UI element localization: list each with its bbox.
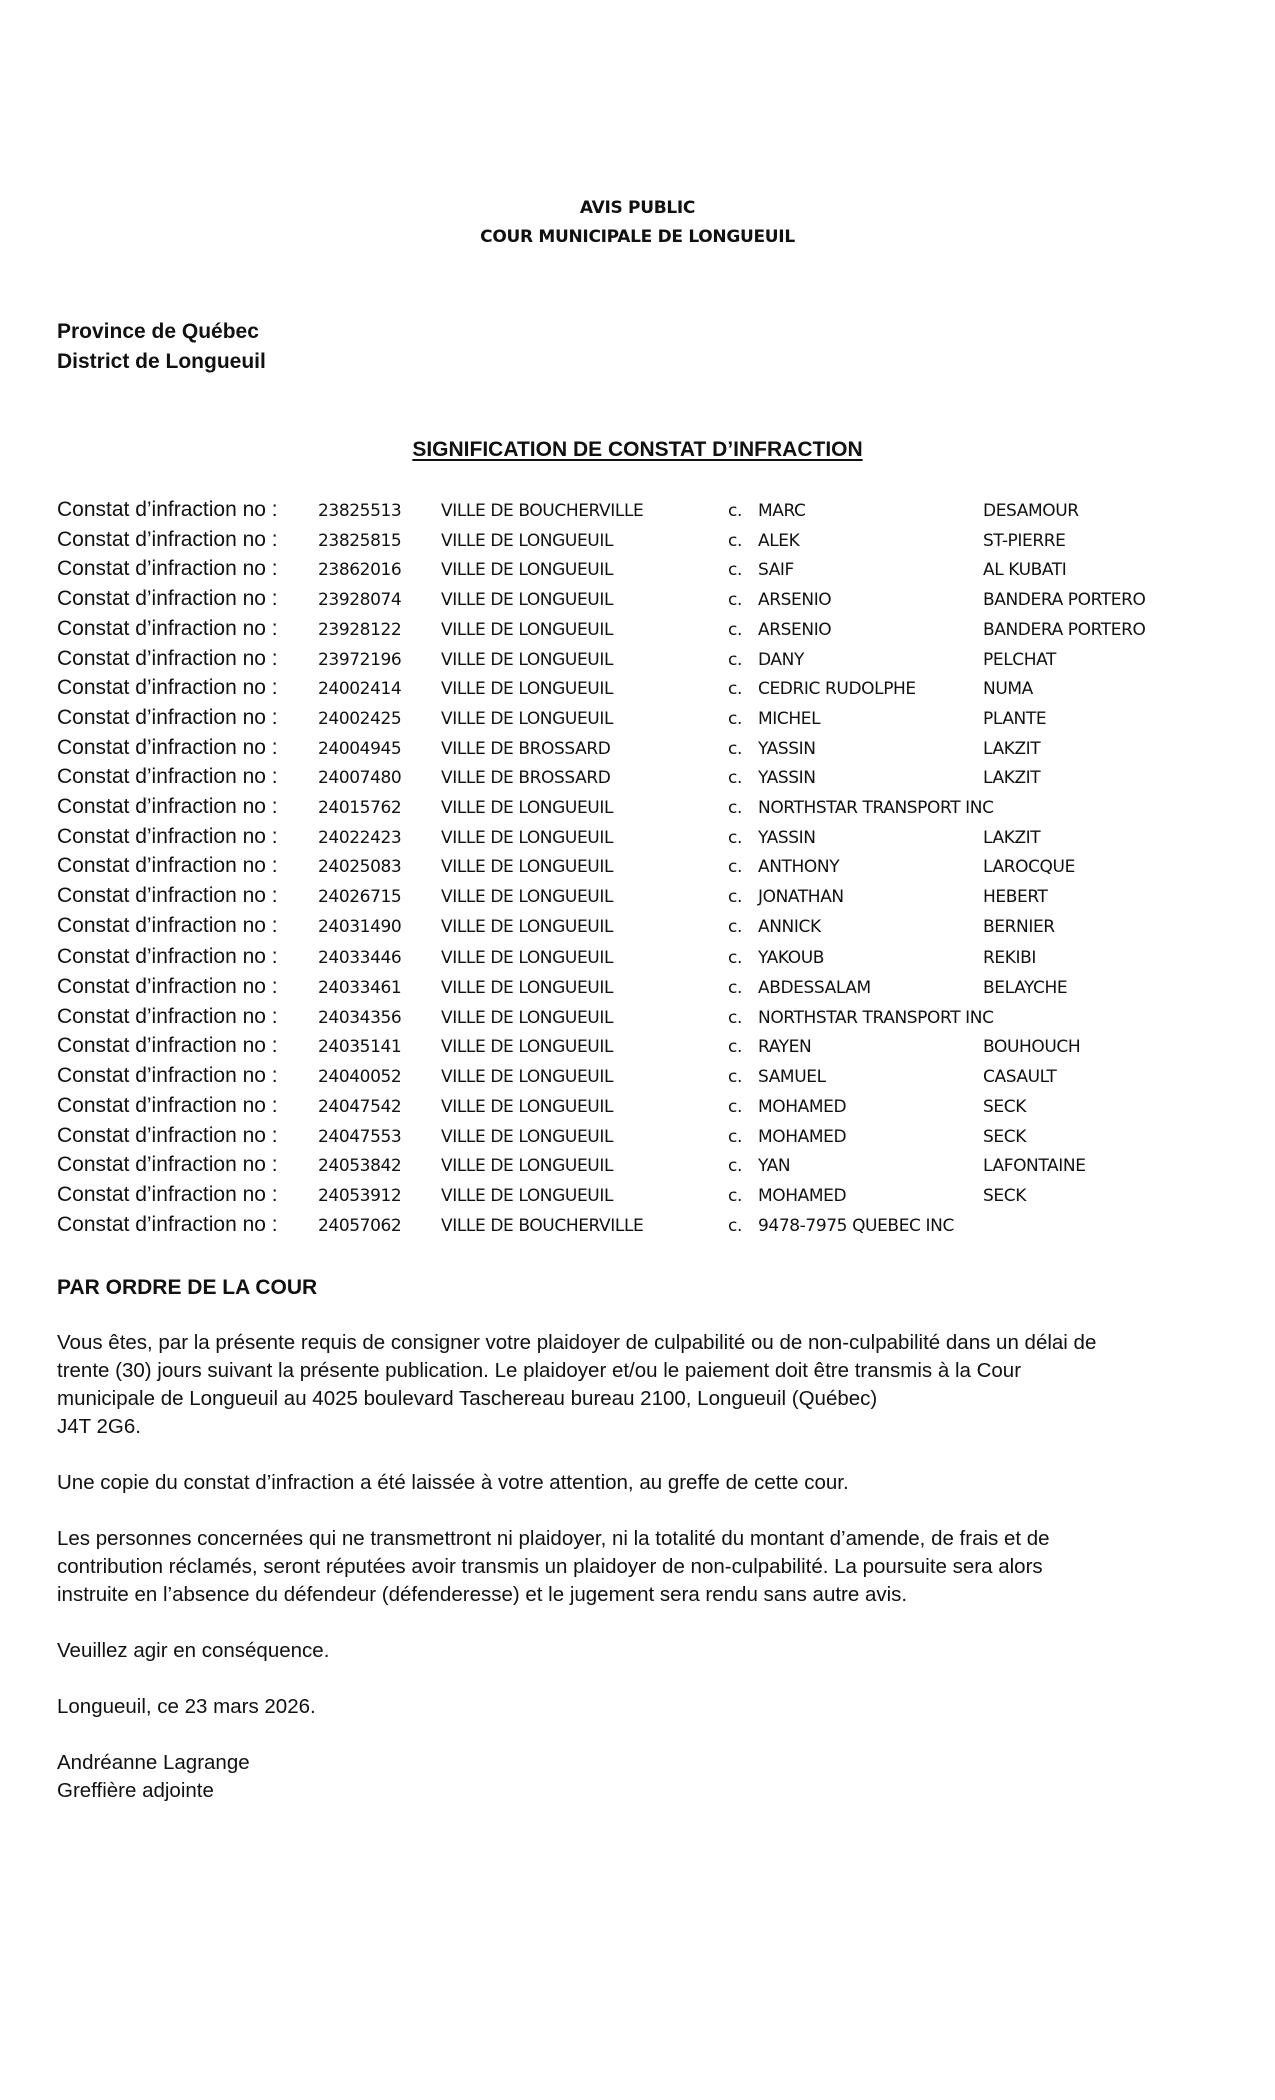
- defendant-last-name: PLANTE: [983, 709, 1046, 729]
- constat-row: Constat d’infraction no :24057062VILLE D…: [0, 1213, 1275, 1243]
- constat-label: Constat d’infraction no :: [57, 914, 278, 938]
- constat-label: Constat d’infraction no :: [57, 1153, 278, 1177]
- plaintiff-name: VILLE DE LONGUEUIL: [441, 1037, 613, 1057]
- versus-marker: c.: [728, 590, 742, 610]
- versus-marker: c.: [728, 709, 742, 729]
- constat-label: Constat d’infraction no :: [57, 617, 278, 641]
- versus-marker: c.: [728, 1216, 742, 1236]
- defendant-first-name: 9478-7975 QUEBEC INC: [758, 1216, 954, 1236]
- versus-marker: c.: [728, 501, 742, 521]
- plaintiff-name: VILLE DE LONGUEUIL: [441, 531, 613, 551]
- defendant-last-name: LAROCQUE: [983, 857, 1075, 877]
- plaintiff-name: VILLE DE LONGUEUIL: [441, 798, 613, 818]
- defendant-last-name: PELCHAT: [983, 650, 1056, 670]
- defendant-first-name: YASSIN: [758, 768, 816, 788]
- versus-marker: c.: [728, 798, 742, 818]
- defendant-last-name: SECK: [983, 1186, 1026, 1206]
- plaintiff-name: VILLE DE LONGUEUIL: [441, 948, 613, 968]
- constat-number: 24026715: [318, 887, 401, 907]
- defendant-first-name: DANY: [758, 650, 804, 670]
- constat-row: Constat d’infraction no :24034356VILLE D…: [0, 1005, 1275, 1035]
- plea-line: municipale de Longueuil au 4025 boulevar…: [57, 1385, 1227, 1413]
- notice-type: AVIS PUBLIC: [0, 198, 1275, 218]
- plea-paragraph: Vous êtes, par la présente requis de con…: [57, 1329, 1227, 1441]
- plaintiff-name: VILLE DE LONGUEUIL: [441, 679, 613, 699]
- defendant-last-name: LAFONTAINE: [983, 1156, 1086, 1176]
- versus-marker: c.: [728, 739, 742, 759]
- defendant-last-name: SECK: [983, 1127, 1026, 1147]
- plaintiff-name: VILLE DE LONGUEUIL: [441, 978, 613, 998]
- defendant-first-name: RAYEN: [758, 1037, 811, 1057]
- defendant-last-name: LAKZIT: [983, 739, 1040, 759]
- constat-row: Constat d’infraction no :24007480VILLE D…: [0, 765, 1275, 795]
- defendant-first-name: MOHAMED: [758, 1097, 846, 1117]
- constat-number: 24025083: [318, 857, 401, 877]
- plaintiff-name: VILLE DE LONGUEUIL: [441, 917, 613, 937]
- place-date: Longueuil, ce 23 mars 2026.: [57, 1693, 1227, 1721]
- versus-marker: c.: [728, 1008, 742, 1028]
- constat-row: Constat d’infraction no :23972196VILLE D…: [0, 647, 1275, 677]
- constat-number: 23825815: [318, 531, 401, 551]
- constat-number: 24002414: [318, 679, 401, 699]
- district-label: District de Longueuil: [57, 350, 266, 374]
- constat-label: Constat d’infraction no :: [57, 795, 278, 819]
- defendant-last-name: LAKZIT: [983, 768, 1040, 788]
- court-name: COUR MUNICIPALE DE LONGUEUIL: [0, 227, 1275, 247]
- constat-label: Constat d’infraction no :: [57, 676, 278, 700]
- constat-number: 24022423: [318, 828, 401, 848]
- constat-row: Constat d’infraction no :24033446VILLE D…: [0, 945, 1275, 975]
- copy-paragraph: Une copie du constat d’infraction a été …: [57, 1469, 1227, 1497]
- constat-row: Constat d’infraction no :24002414VILLE D…: [0, 676, 1275, 706]
- constat-label: Constat d’infraction no :: [57, 884, 278, 908]
- constat-row: Constat d’infraction no :24047553VILLE D…: [0, 1124, 1275, 1154]
- defendant-last-name: REKIBI: [983, 948, 1036, 968]
- province-label: Province de Québec: [57, 320, 259, 344]
- defendant-first-name: CEDRIC RUDOLPHE: [758, 679, 916, 699]
- constat-label: Constat d’infraction no :: [57, 1183, 278, 1207]
- order-heading: PAR ORDRE DE LA COUR: [57, 1276, 317, 1300]
- defendant-last-name: CASAULT: [983, 1067, 1056, 1087]
- constat-number: 23972196: [318, 650, 401, 670]
- constat-label: Constat d’infraction no :: [57, 1213, 278, 1237]
- constat-label: Constat d’infraction no :: [57, 706, 278, 730]
- versus-marker: c.: [728, 887, 742, 907]
- defendant-last-name: HEBERT: [983, 887, 1048, 907]
- defendant-first-name: MOHAMED: [758, 1127, 846, 1147]
- plaintiff-name: VILLE DE LONGUEUIL: [441, 560, 613, 580]
- defendant-first-name: YAN: [758, 1156, 790, 1176]
- plea-line: J4T 2G6.: [57, 1413, 1227, 1441]
- constat-label: Constat d’infraction no :: [57, 1124, 278, 1148]
- constat-number: 24057062: [318, 1216, 401, 1236]
- defendant-last-name: BANDERA PORTERO: [983, 620, 1146, 640]
- constat-row: Constat d’infraction no :24025083VILLE D…: [0, 854, 1275, 884]
- closing-line: Veuillez agir en conséquence.: [57, 1637, 1227, 1665]
- constat-number: 24004945: [318, 739, 401, 759]
- versus-marker: c.: [728, 917, 742, 937]
- versus-marker: c.: [728, 560, 742, 580]
- versus-marker: c.: [728, 1067, 742, 1087]
- defendant-first-name: YAKOUB: [758, 948, 824, 968]
- defendant-last-name: LAKZIT: [983, 828, 1040, 848]
- plaintiff-name: VILLE DE LONGUEUIL: [441, 1008, 613, 1028]
- default-line: instruite en l’absence du défendeur (déf…: [57, 1581, 1227, 1609]
- plaintiff-name: VILLE DE LONGUEUIL: [441, 1156, 613, 1176]
- versus-marker: c.: [728, 1097, 742, 1117]
- defendant-first-name: YASSIN: [758, 739, 816, 759]
- constat-number: 24034356: [318, 1008, 401, 1028]
- versus-marker: c.: [728, 1037, 742, 1057]
- plea-line: trente (30) jours suivant la présente pu…: [57, 1357, 1227, 1385]
- versus-marker: c.: [728, 978, 742, 998]
- versus-marker: c.: [728, 1127, 742, 1147]
- constat-label: Constat d’infraction no :: [57, 587, 278, 611]
- constat-number: 24033446: [318, 948, 401, 968]
- defendant-last-name: ST-PIERRE: [983, 531, 1066, 551]
- default-line: Les personnes concernées qui ne transmet…: [57, 1525, 1227, 1553]
- constat-label: Constat d’infraction no :: [57, 1034, 278, 1058]
- constat-row: Constat d’infraction no :23862016VILLE D…: [0, 557, 1275, 587]
- plaintiff-name: VILLE DE LONGUEUIL: [441, 887, 613, 907]
- defendant-last-name: BELAYCHE: [983, 978, 1067, 998]
- defendant-first-name: ALEK: [758, 531, 799, 551]
- versus-marker: c.: [728, 828, 742, 848]
- constat-row: Constat d’infraction no :24053842VILLE D…: [0, 1153, 1275, 1183]
- versus-marker: c.: [728, 650, 742, 670]
- default-line: contribution réclamés, seront réputées a…: [57, 1553, 1227, 1581]
- plaintiff-name: VILLE DE LONGUEUIL: [441, 620, 613, 640]
- plea-line: Vous êtes, par la présente requis de con…: [57, 1329, 1227, 1357]
- plaintiff-name: VILLE DE LONGUEUIL: [441, 1067, 613, 1087]
- constat-number: 24002425: [318, 709, 401, 729]
- defendant-first-name: ANNICK: [758, 917, 821, 937]
- constat-number: 24047542: [318, 1097, 401, 1117]
- constat-row: Constat d’infraction no :23928074VILLE D…: [0, 587, 1275, 617]
- constat-row: Constat d’infraction no :23825513VILLE D…: [0, 498, 1275, 528]
- constat-number: 24035141: [318, 1037, 401, 1057]
- defendant-last-name: BANDERA PORTERO: [983, 590, 1146, 610]
- constat-number: 23825513: [318, 501, 401, 521]
- versus-marker: c.: [728, 768, 742, 788]
- defendant-first-name: MOHAMED: [758, 1186, 846, 1206]
- constat-label: Constat d’infraction no :: [57, 825, 278, 849]
- defendant-first-name: SAMUEL: [758, 1067, 826, 1087]
- plaintiff-name: VILLE DE LONGUEUIL: [441, 650, 613, 670]
- plaintiff-name: VILLE DE BROSSARD: [441, 739, 610, 759]
- defendant-last-name: DESAMOUR: [983, 501, 1079, 521]
- defendant-last-name: SECK: [983, 1097, 1026, 1117]
- constat-row: Constat d’infraction no :24033461VILLE D…: [0, 975, 1275, 1005]
- constat-row: Constat d’infraction no :24022423VILLE D…: [0, 825, 1275, 855]
- versus-marker: c.: [728, 679, 742, 699]
- constat-row: Constat d’infraction no :24026715VILLE D…: [0, 884, 1275, 914]
- plaintiff-name: VILLE DE LONGUEUIL: [441, 828, 613, 848]
- constat-number: 24053842: [318, 1156, 401, 1176]
- constat-row: Constat d’infraction no :23928122VILLE D…: [0, 617, 1275, 647]
- constat-number: 23928074: [318, 590, 401, 610]
- constat-label: Constat d’infraction no :: [57, 647, 278, 671]
- constat-label: Constat d’infraction no :: [57, 736, 278, 760]
- constat-row: Constat d’infraction no :24053912VILLE D…: [0, 1183, 1275, 1213]
- versus-marker: c.: [728, 1156, 742, 1176]
- plaintiff-name: VILLE DE BOUCHERVILLE: [441, 1216, 643, 1236]
- constat-label: Constat d’infraction no :: [57, 1064, 278, 1088]
- constat-label: Constat d’infraction no :: [57, 557, 278, 581]
- constat-label: Constat d’infraction no :: [57, 498, 278, 522]
- plaintiff-name: VILLE DE LONGUEUIL: [441, 590, 613, 610]
- plaintiff-name: VILLE DE LONGUEUIL: [441, 857, 613, 877]
- constat-number: 24015762: [318, 798, 401, 818]
- defendant-last-name: BERNIER: [983, 917, 1055, 937]
- constat-row: Constat d’infraction no :24040052VILLE D…: [0, 1064, 1275, 1094]
- versus-marker: c.: [728, 948, 742, 968]
- plaintiff-name: VILLE DE LONGUEUIL: [441, 1127, 613, 1147]
- defendant-first-name: ARSENIO: [758, 590, 831, 610]
- constat-label: Constat d’infraction no :: [57, 1005, 278, 1029]
- plaintiff-name: VILLE DE BROSSARD: [441, 768, 610, 788]
- defendant-first-name: JONATHAN: [758, 887, 844, 907]
- plaintiff-name: VILLE DE BOUCHERVILLE: [441, 501, 643, 521]
- constat-number: 23862016: [318, 560, 401, 580]
- defendant-first-name: ANTHONY: [758, 857, 839, 877]
- constat-row: Constat d’infraction no :24035141VILLE D…: [0, 1034, 1275, 1064]
- constat-row: Constat d’infraction no :24047542VILLE D…: [0, 1094, 1275, 1124]
- constat-number: 24007480: [318, 768, 401, 788]
- plaintiff-name: VILLE DE LONGUEUIL: [441, 1186, 613, 1206]
- versus-marker: c.: [728, 1186, 742, 1206]
- constat-label: Constat d’infraction no :: [57, 528, 278, 552]
- defendant-first-name: ARSENIO: [758, 620, 831, 640]
- versus-marker: c.: [728, 857, 742, 877]
- constat-number: 24031490: [318, 917, 401, 937]
- constat-number: 23928122: [318, 620, 401, 640]
- defendant-first-name: YASSIN: [758, 828, 816, 848]
- defendant-first-name: SAIF: [758, 560, 794, 580]
- constat-label: Constat d’infraction no :: [57, 854, 278, 878]
- defendant-first-name: ABDESSALAM: [758, 978, 871, 998]
- constat-row: Constat d’infraction no :24002425VILLE D…: [0, 706, 1275, 736]
- plaintiff-name: VILLE DE LONGUEUIL: [441, 709, 613, 729]
- constat-row: Constat d’infraction no :24015762VILLE D…: [0, 795, 1275, 825]
- versus-marker: c.: [728, 620, 742, 640]
- signatory-name: Andréanne Lagrange: [57, 1749, 1227, 1777]
- defendant-first-name: MARC: [758, 501, 806, 521]
- constat-row: Constat d’infraction no :23825815VILLE D…: [0, 528, 1275, 558]
- constat-number: 24047553: [318, 1127, 401, 1147]
- defendant-last-name: AL KUBATI: [983, 560, 1066, 580]
- defendant-first-name: NORTHSTAR TRANSPORT INC: [758, 798, 994, 818]
- constat-label: Constat d’infraction no :: [57, 945, 278, 969]
- signatory-title: Greffière adjointe: [57, 1777, 1227, 1805]
- constat-label: Constat d’infraction no :: [57, 1094, 278, 1118]
- constat-number: 24053912: [318, 1186, 401, 1206]
- constat-label: Constat d’infraction no :: [57, 975, 278, 999]
- defendant-last-name: BOUHOUCH: [983, 1037, 1080, 1057]
- default-paragraph: Les personnes concernées qui ne transmet…: [57, 1525, 1227, 1609]
- constat-row: Constat d’infraction no :24031490VILLE D…: [0, 914, 1275, 944]
- constat-number: 24033461: [318, 978, 401, 998]
- defendant-first-name: MICHEL: [758, 709, 820, 729]
- section-title: SIGNIFICATION DE CONSTAT D’INFRACTION: [0, 438, 1275, 462]
- defendant-first-name: NORTHSTAR TRANSPORT INC: [758, 1008, 994, 1028]
- constat-label: Constat d’infraction no :: [57, 765, 278, 789]
- plaintiff-name: VILLE DE LONGUEUIL: [441, 1097, 613, 1117]
- constat-number: 24040052: [318, 1067, 401, 1087]
- defendant-last-name: NUMA: [983, 679, 1033, 699]
- constat-row: Constat d’infraction no :24004945VILLE D…: [0, 736, 1275, 766]
- versus-marker: c.: [728, 531, 742, 551]
